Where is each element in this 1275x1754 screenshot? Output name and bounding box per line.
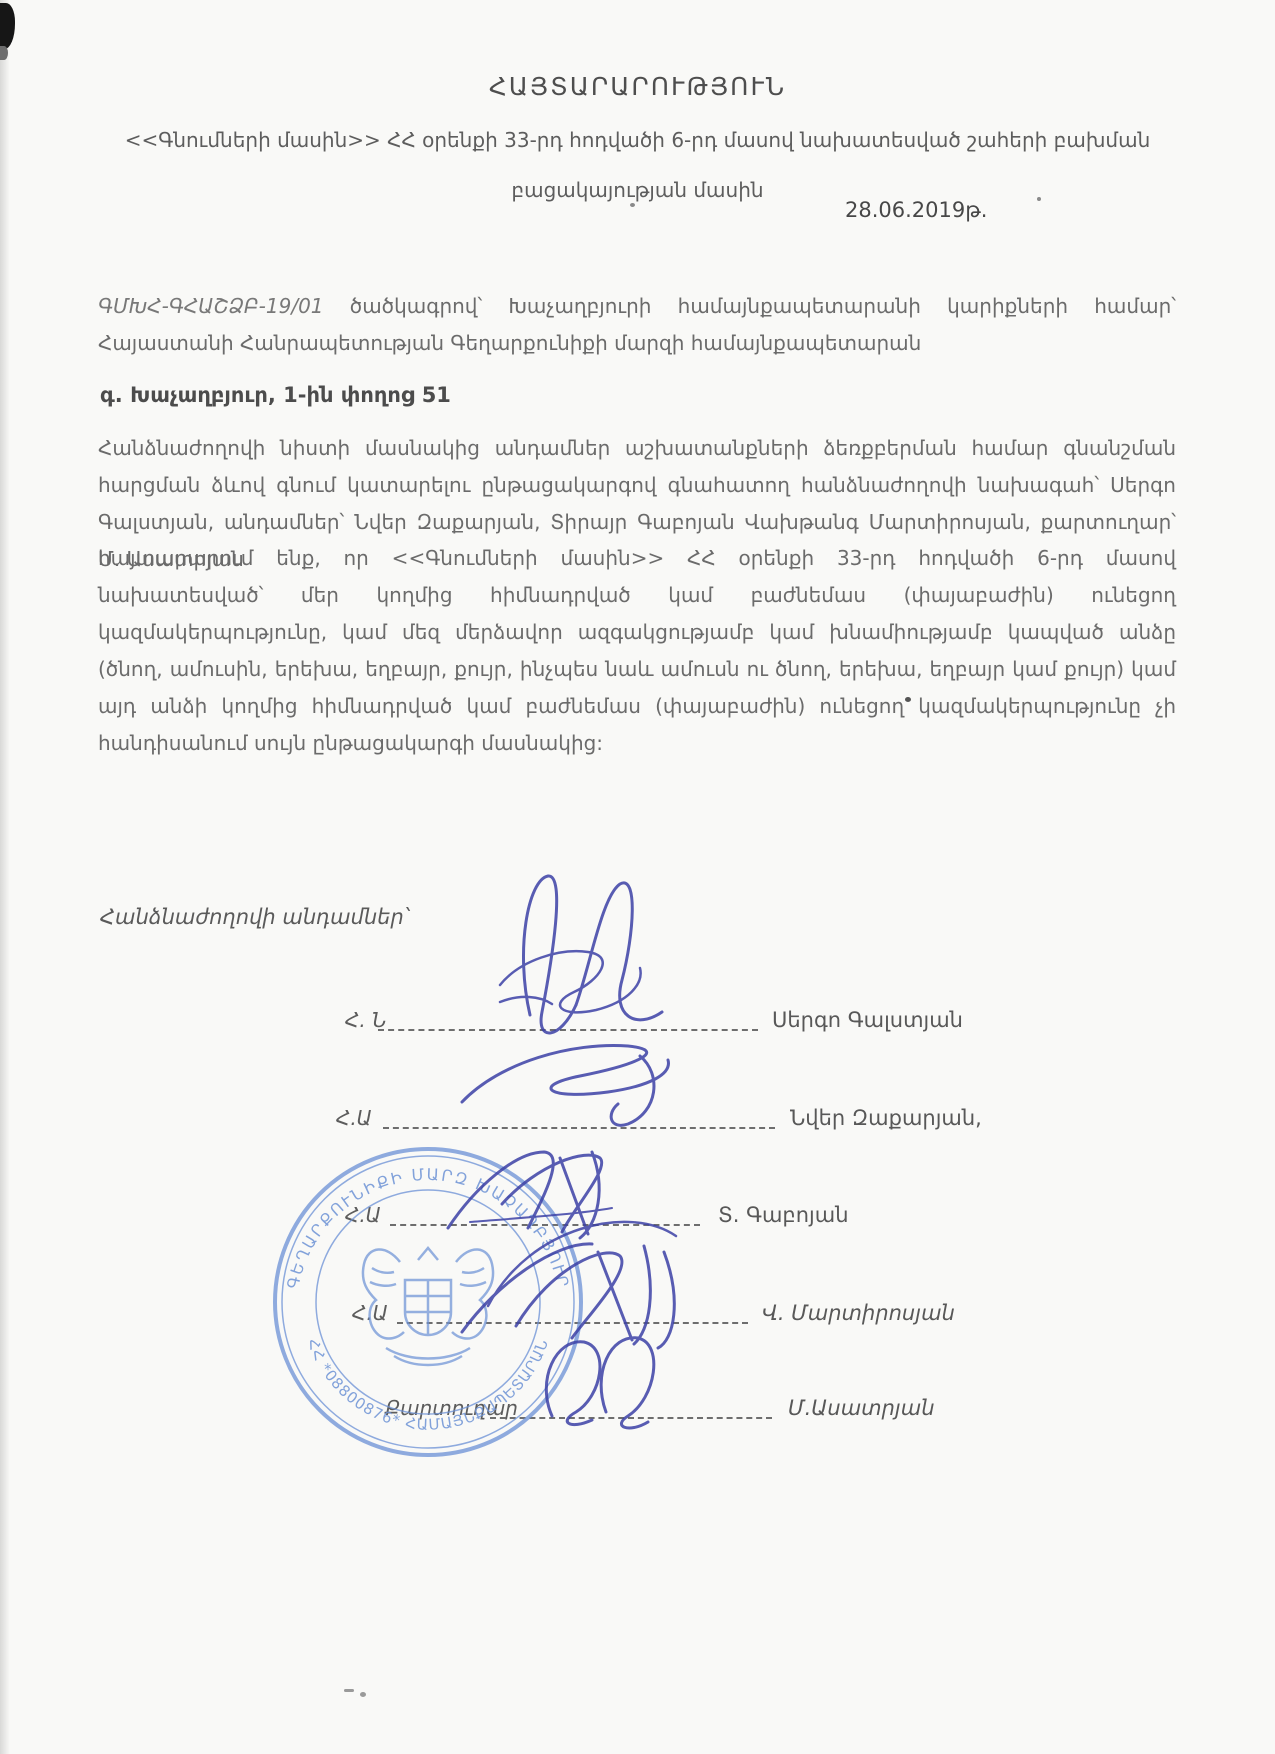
procurement-code: ԳՄԽՀ-ԳՀԱՇՁԲ-19/01 <box>98 294 324 318</box>
scan-artifact-corner-small <box>0 46 8 60</box>
scan-speck <box>905 697 911 702</box>
document-title: ՀԱՅՏԱՐԱՐՈՒԹՅՈՒՆ <box>0 72 1275 101</box>
signature-stroke <box>598 1252 632 1340</box>
signature-row-2-name: Նվեր Զաքարյան, <box>790 1106 982 1130</box>
signature-stroke <box>658 1252 674 1348</box>
stamp-graphic: ԳԵՂԱՐՔՈՒՆԻՔԻ ՄԱՐԶ ԽԱՉԱՂԲՅՈՒՐ ՀՀ *0880087… <box>268 1142 588 1462</box>
signature-stroke <box>462 1045 668 1102</box>
signature-row-1-line <box>378 1029 758 1031</box>
document-subtitle-line1: <<Գնումների մասին>> ՀՀ օրենքի 33-րդ հոդվ… <box>100 128 1175 152</box>
scan-speck <box>360 1692 366 1697</box>
signature-row-1-name: Սերգո Գալստյան <box>772 1008 963 1032</box>
scan-speck <box>344 1689 354 1692</box>
scan-speck <box>1037 197 1041 201</box>
signature-row-5-name: Մ.Ասատրյան <box>788 1396 935 1420</box>
signature-stroke <box>634 1246 650 1344</box>
scan-speck <box>630 203 635 207</box>
paragraph-procurement: ԳՄԽՀ-ԳՀԱՇՁԲ-19/01 ծածկագրով՝ Խաչաղբյուրի… <box>98 288 1176 362</box>
paragraph-declaration: հայտարարում ենք, որ <<Գնումների մասին>> … <box>98 540 1176 762</box>
signature-stroke <box>500 997 552 1004</box>
document-subtitle-line2: բացակայության մասին <box>0 178 1275 202</box>
scan-artifact-corner <box>0 3 15 49</box>
signature-stroke <box>523 876 576 1033</box>
signature-stroke <box>576 883 662 1020</box>
municipal-round-stamp: ԳԵՂԱՐՔՈՒՆԻՔԻ ՄԱՐԶ ԽԱՉԱՂԲՅՈՒՐ ՀՀ *0880087… <box>268 1142 588 1462</box>
scanned-document-page: ՀԱՅՏԱՐԱՐՈՒԹՅՈՒՆ <<Գնումների մասին>> ՀՀ օ… <box>0 0 1275 1754</box>
signature-row-3-name: Տ. Գաբոյան <box>718 1203 849 1227</box>
signature-stroke <box>601 1338 654 1428</box>
stamp-rim-text-top: ԳԵՂԱՐՔՈՒՆԻՔԻ ՄԱՐԶ ԽԱՉԱՂԲՅՈՒՐ <box>283 1165 573 1291</box>
signature-row-2-label: Հ.Ա <box>336 1106 372 1130</box>
svg-text:ԳԵՂԱՐՔՈՒՆԻՔԻ ՄԱՐԶ ԽԱՉԱՂԲՅՈՒՐ: ԳԵՂԱՐՔՈՒՆԻՔԻ ՄԱՐԶ ԽԱՉԱՂԲՅՈՒՐ <box>283 1165 573 1291</box>
signature-row-4-name: Վ. Մարտիրոսյան <box>762 1301 955 1325</box>
signature-row-2-line <box>383 1127 775 1129</box>
signature-stroke <box>611 1056 654 1125</box>
document-date: 28.06.2019թ. <box>845 198 987 222</box>
commission-members-label: Հանձնաժողովի անդամներ՝ <box>100 905 409 929</box>
coat-of-arms-emblem <box>363 1248 493 1365</box>
address-line: գ. Խաչաղբյուր, 1-ին փողոց 51 <box>100 383 451 407</box>
signature-stroke <box>500 951 641 1012</box>
